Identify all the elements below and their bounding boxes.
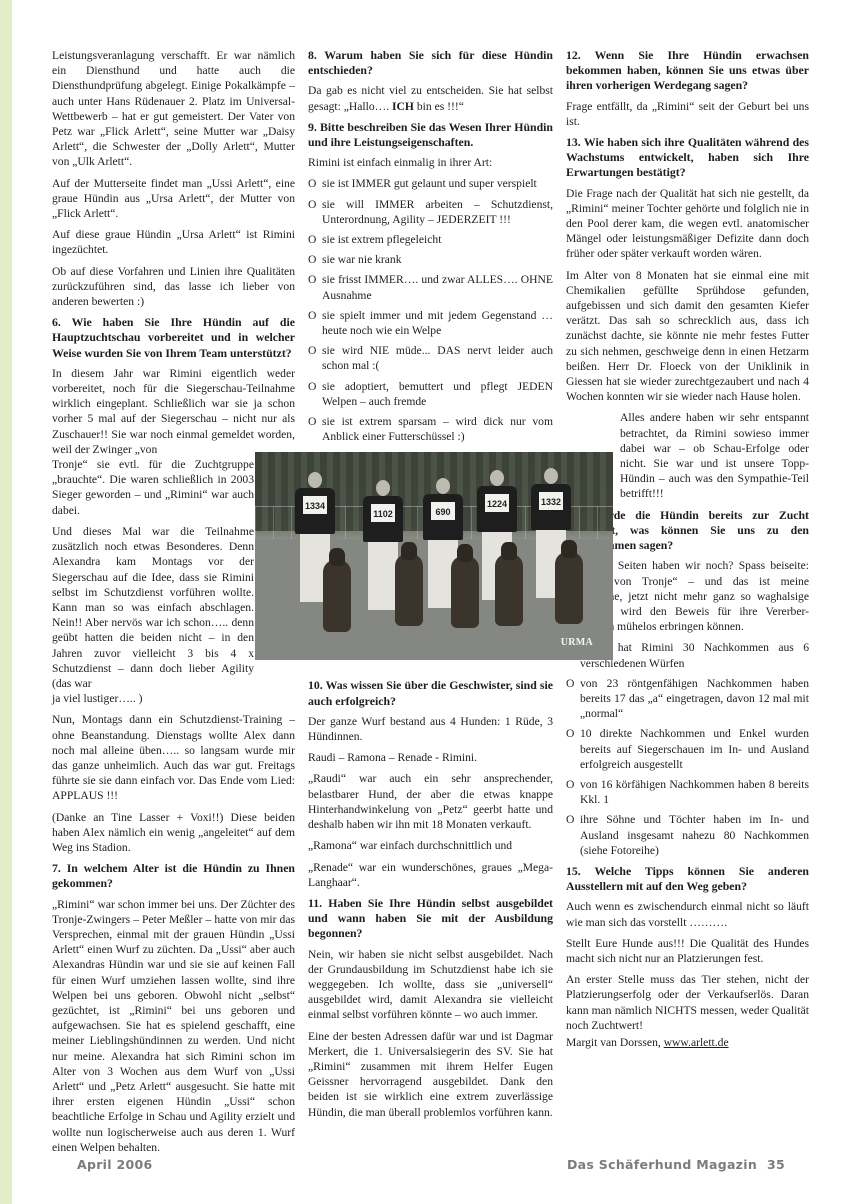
list-item: sie will IMMER arbeiten – Schutzdienst, …: [308, 197, 553, 227]
bib-number: 1224: [485, 494, 509, 512]
question-heading-9: 9. Bitte beschreiben Sie das Wesen Ihrer…: [308, 120, 553, 150]
question-heading-7: 7. In welchem Alter ist die Hündin zu Ih…: [52, 861, 295, 891]
signature: Margit van Dorssen, www.arlett.de: [566, 1035, 809, 1050]
list-item: sie ist extrem pflegeleicht: [308, 232, 553, 247]
question-heading-15: 15. Welche Tipps können Sie anderen Auss…: [566, 864, 809, 894]
page-number: 35: [767, 1157, 785, 1172]
bib-number: 1102: [371, 504, 395, 522]
list-item: 10 direkte Nachkommen und Enkel wurden b…: [566, 726, 809, 772]
paragraph: Alles andere haben wir sehr entspannt be…: [620, 410, 809, 501]
dog-figure: [451, 556, 479, 628]
margin-color-strip: [0, 0, 12, 1204]
traits-list: sie ist IMMER gut gelaunt und super vers…: [308, 176, 553, 444]
footer-date: April 2006: [77, 1157, 153, 1172]
list-item: sie ist IMMER gut gelaunt und super vers…: [308, 176, 553, 191]
magazine-title: Das Schäferhund Magazin: [567, 1157, 757, 1172]
paragraph: Auf diese graue Hündin „Ursa Arlett“ ist…: [52, 227, 295, 257]
paragraph: „Rimini“ war schon immer bei uns. Der Zü…: [52, 897, 295, 1155]
dog-figure: [323, 560, 351, 632]
paragraph: „Renade“ war ein wunderschönes, graues „…: [308, 860, 553, 890]
paragraph: Die Frage nach der Qualität hat sich nie…: [566, 186, 809, 262]
paragraph: Und dieses Mal war die Teilnahme zusätzl…: [52, 524, 254, 691]
emphasis: ICH: [392, 100, 414, 113]
dog-figure: [555, 552, 583, 624]
paragraph: Auf der Mutterseite findet man „Ussi Arl…: [52, 176, 295, 222]
paragraph: In diesem Jahr war Rimini eigentlich wed…: [52, 366, 295, 457]
paragraph: (Danke an Tine Lasser + Voxi!!) Diese be…: [52, 810, 295, 856]
bib-number: 1334: [303, 496, 327, 514]
paragraph: „Raudi“ war auch ein sehr ansprechender,…: [308, 771, 553, 832]
list-item: sie ist extrem sparsam – wird dick nur v…: [308, 414, 553, 444]
paragraph: Da gab es nicht viel zu entscheiden. Sie…: [308, 83, 553, 113]
paragraph: Nun, Montags dann ein Schutzdienst-Train…: [52, 712, 295, 803]
bib-number: 1332: [539, 492, 563, 510]
paragraph: Leistungsveranlagung verschafft. Er war …: [52, 48, 295, 170]
question-heading-6: 6. Wie haben Sie Ihre Hündin auf die Hau…: [52, 315, 295, 361]
list-item: ihre Söhne und Töchter haben im In- und …: [566, 812, 809, 858]
photo-credit: URMA: [561, 637, 593, 648]
list-item: von 16 körfähigen Nachkommen haben 8 ber…: [566, 777, 809, 807]
dog-figure: [495, 554, 523, 626]
list-item: sie frisst IMMER…. und zwar ALLES…. OHNE…: [308, 272, 553, 302]
text-run: bin es !!!“: [414, 100, 464, 113]
paragraph: „Ramona“ war einfach durchschnittlich un…: [308, 838, 553, 853]
question-heading-8: 8. Warum haben Sie sich für diese Hündin…: [308, 48, 553, 78]
paragraph: Der ganze Wurf bestand aus 4 Hunden: 1 R…: [308, 714, 553, 744]
paragraph: Eine der besten Adressen dafür war und i…: [308, 1029, 553, 1120]
list-item: sie spielt immer und mit jedem Gegenstan…: [308, 308, 553, 338]
list-item: sie wird NIE müde... DAS nervt leider au…: [308, 343, 553, 373]
paragraph: Rimini ist einfach einmalig in ihrer Art…: [308, 155, 553, 170]
website-link[interactable]: www.arlett.de: [664, 1036, 729, 1049]
paragraph: Tronje“ sie evtl. für die Zuchtgruppe „b…: [52, 457, 254, 518]
paragraph: Im Alter von 8 Monaten hat sie einmal ei…: [566, 268, 809, 405]
question-heading-12: 12. Wenn Sie Ihre Hündin erwachsen bekom…: [566, 48, 809, 94]
question-heading-10: 10. Was wissen Sie über die Geschwister,…: [308, 678, 553, 708]
team-photo: 1334 1102 690 1224 1332 URMA: [255, 452, 613, 660]
list-item: sie war nie krank: [308, 252, 553, 267]
list-item: von 23 röntgenfähigen Nachkommen haben b…: [566, 676, 809, 722]
paragraph: Nein, wir haben sie nicht selbst ausgebi…: [308, 947, 553, 1023]
author-name: Margit van Dorssen,: [566, 1036, 664, 1049]
paragraph: Ob auf diese Vorfahren und Linien ihre Q…: [52, 264, 295, 310]
paragraph: ja viel lustiger….. ): [52, 691, 295, 706]
paragraph: Stellt Eure Hunde aus!!! Die Qualität de…: [566, 936, 809, 966]
question-heading-11: 11. Haben Sie Ihre Hündin selbst ausgebi…: [308, 896, 553, 942]
offspring-list: bisher hat Rimini 30 Nachkommen aus 6 ve…: [566, 640, 809, 858]
paragraph: Frage entfällt, da „Rimini“ seit der Geb…: [566, 99, 809, 129]
bib-number: 690: [431, 502, 455, 520]
paragraph: An erster Stelle muss das Tier stehen, n…: [566, 972, 809, 1033]
paragraph: Auch wenn es zwischendurch einmal nicht …: [566, 899, 809, 929]
list-item: sie adoptiert, bemuttert und pflegt JEDE…: [308, 379, 553, 409]
question-heading-13: 13. Wie haben sich ihre Qualitäten währe…: [566, 135, 809, 181]
footer-magazine: Das Schäferhund Magazin35: [567, 1157, 785, 1172]
paragraph: Raudi – Ramona – Renade - Rimini.: [308, 750, 553, 765]
dog-figure: [395, 554, 423, 626]
